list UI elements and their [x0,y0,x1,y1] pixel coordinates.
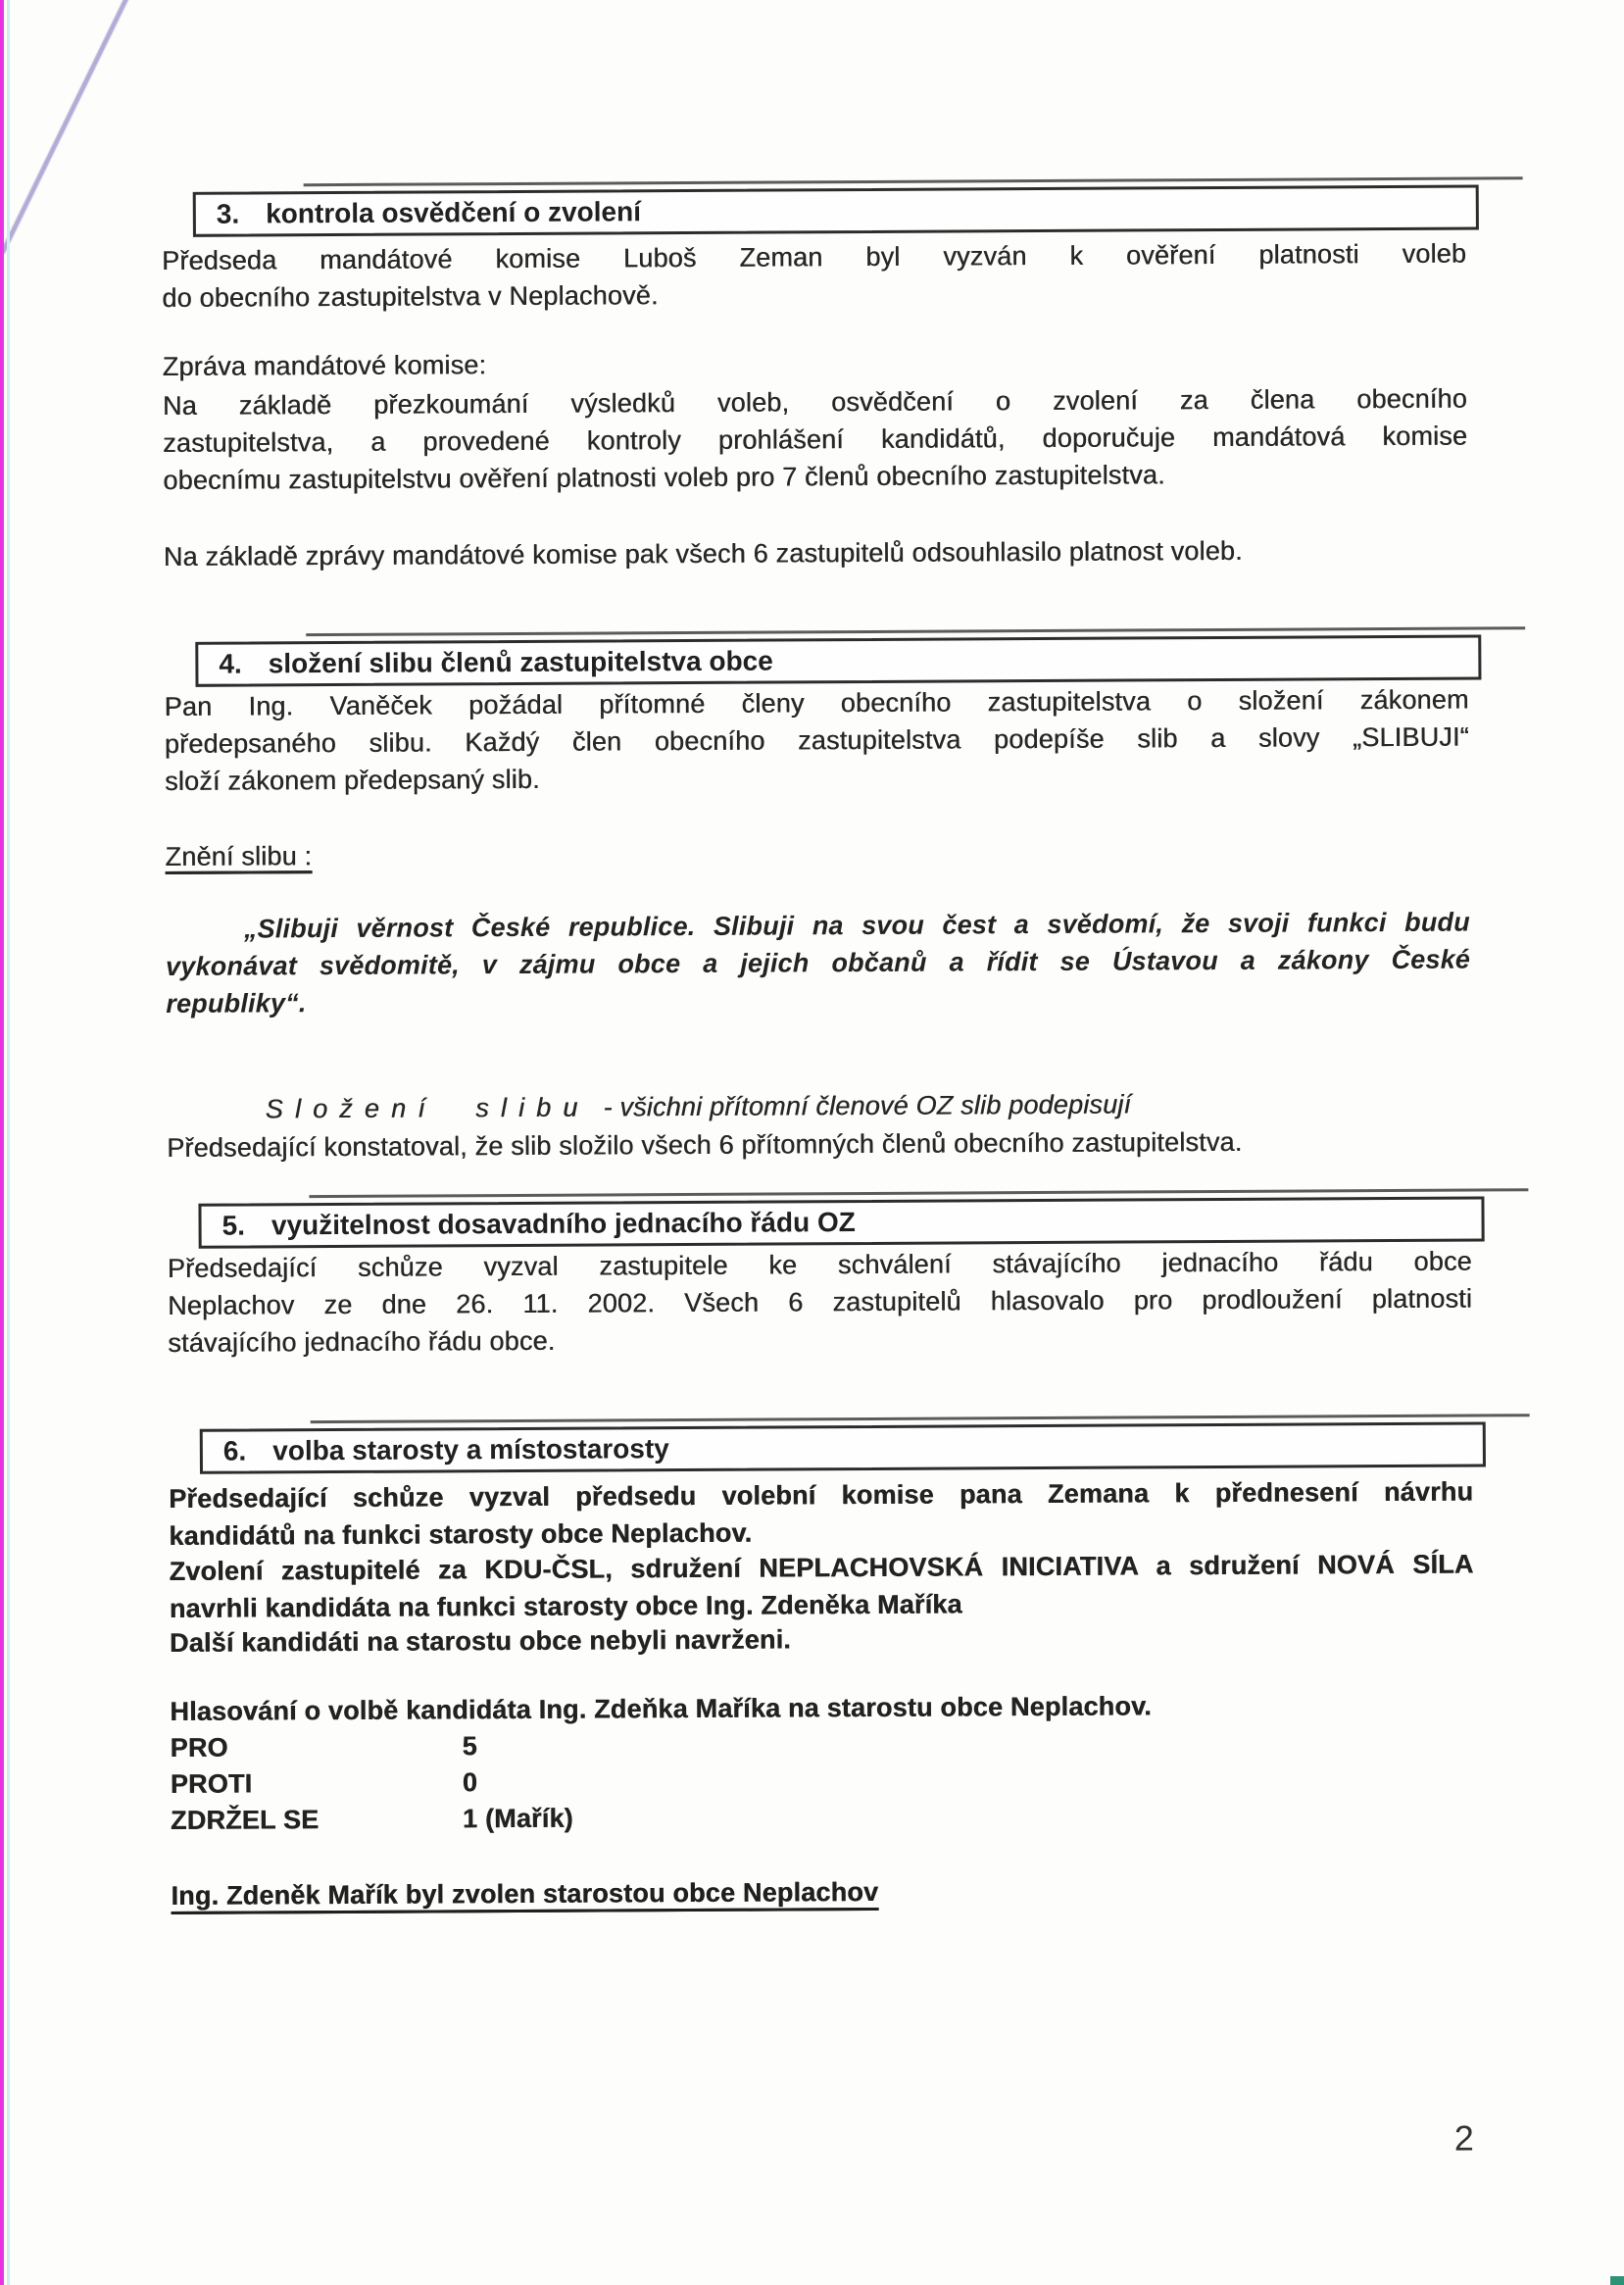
section-4-number: 4. [219,649,242,680]
section-3-title: kontrola osvědčení o zvolení [266,196,641,229]
oath-signing-rest-text: - všichni přítomní členové OZ slib podep… [603,1089,1131,1121]
vote-label: ZDRŽEL SE [171,1801,463,1839]
section-3-paragraph-3: Na základě zprávy mandátové komise pak v… [164,531,1468,575]
oath-wording-label: Znění slibu : [165,831,1469,875]
scan-corner-teal-mark [1610,2276,1624,2285]
oath-text: „Slibuji věrnost České republice. Slibuj… [166,904,1471,1022]
text-line: obecnímu zastupitelstvu ověření platnost… [163,455,1467,499]
text-line: zastupitelstva, a provedené kontroly pro… [163,418,1467,462]
section-3-heading-box: 3. kontrola osvědčení o zvolení [193,184,1479,236]
section-5-heading-box: 5. využitelnost dosavadního jednacího řá… [198,1196,1484,1248]
mandate-report-label: Zpráva mandátové komise: [163,341,1467,385]
text-line: Další kandidáti na starostu obce nebyli … [170,1617,1474,1662]
section-5-title: využitelnost dosavadního jednacího řádu … [271,1207,856,1241]
section-3-number: 3. [217,199,240,230]
section-3-paragraph-2: Na základě přezkoumání výsledků voleb, o… [163,380,1468,499]
text-line: Zvolení zastupitelé za KDU-ČSL, sdružení… [169,1546,1473,1590]
section-4-paragraph-1: Pan Ing. Vaněček požádal přítomné členy … [165,681,1470,800]
text-line: předepsaného slibu. Každý člen obecního … [165,719,1469,763]
vote-label: PROTI [171,1764,463,1803]
section-4-title: složení slibu členů zastupitelstva obce [269,646,773,680]
section-3-paragraph-1: Předseda mandátové komise Luboš Zeman by… [162,235,1466,317]
text-line: vykonávat svědomitě, v zájmu obce a jeji… [166,941,1470,985]
vote-value: 1 (Mařík) [463,1801,573,1838]
document-page: 3. kontrola osvědčení o zvolení Předseda… [0,0,1624,2285]
text-line: do obecního zastupitelstva v Neplachově. [162,273,1466,317]
text-line: republiky“. [166,978,1470,1022]
vote-results: PRO 5 PROTI 0 ZDRŽEL SE 1 (Mařík) [170,1723,1475,1839]
section-6-number: 6. [223,1436,247,1467]
vote-value: 0 [463,1764,477,1801]
section-6-paragraph-1: Předsedající schůze vyzval předsedu vole… [169,1473,1473,1555]
text-line: stávajícího jednacího řádu obce. [168,1317,1472,1362]
page-number: 2 [1430,2117,1499,2159]
text-line: Předseda mandátové komise Luboš Zeman by… [162,235,1466,279]
election-result-statement: Ing. Zdeněk Mařík byl zvolen starostou o… [171,1870,1475,1914]
oath-signing-spaced-text: Složení slibu [266,1093,590,1124]
scan-edge-cyan-line [7,0,10,2285]
text-line: složí zákonem předepsaný slib. [165,756,1469,800]
text-line: Předsedající konstatoval, že slib složil… [167,1122,1471,1167]
text-line: Na základě zprávy mandátové komise pak v… [164,531,1468,575]
section-6-heading-box: 6. volba starosty a místostarosty [200,1421,1486,1473]
section-4-heading-box: 4. složení slibu členů zastupitelstva ob… [195,634,1481,686]
vote-row-zdrzel: ZDRŽEL SE 1 (Mařík) [171,1796,1475,1839]
section-6-paragraph-3: Další kandidáti na starostu obce nebyli … [170,1617,1474,1662]
text-line: Předsedající schůze vyzval předsedu vole… [169,1473,1473,1517]
vote-value: 5 [462,1728,476,1764]
section-5-paragraph-1: Předsedající schůze vyzval zastupitele k… [168,1243,1473,1362]
section-5-number: 5. [222,1211,246,1242]
vote-label: PRO [170,1728,462,1766]
text-line: Neplachov ze dne 26. 11. 2002. Všech 6 z… [168,1280,1472,1324]
section-6-paragraph-2: Zvolení zastupitelé za KDU-ČSL, sdružení… [169,1546,1473,1627]
section-6-title: volba starosty a místostarosty [272,1433,669,1466]
section-4-paragraph-2: Předsedající konstatoval, že slib složil… [167,1122,1471,1167]
scan-edge-magenta-line [0,0,4,2285]
